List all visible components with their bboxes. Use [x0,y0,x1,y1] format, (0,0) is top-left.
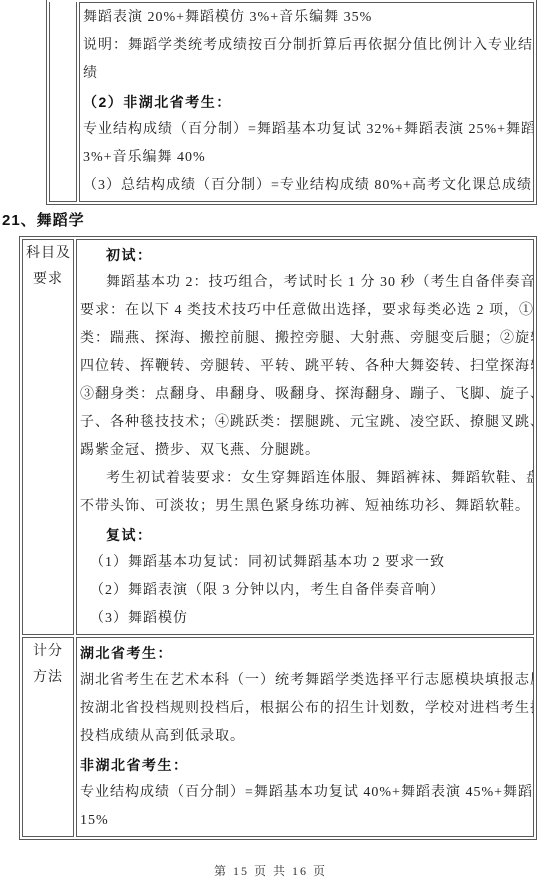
table-row-scoring-method: 计分方法 湖北省考生：湖北省考生在艺术本科（一）统考舞蹈学类选择平行志愿模块填报… [22,637,534,837]
text-line: 湖北省考生在艺术本科（一）统考舞蹈学类选择平行志愿模块填报志愿， [80,667,530,695]
text-line: 踢紫金冠、攒步、双飞燕、分腿跳。 [80,437,530,465]
label-line: 计分 [26,639,70,665]
text-line: （3）总结构成绩（百分制）=专业结构成绩 80%+高考文化课总成绩 20% [83,172,530,200]
label-line: 科目及 [26,241,70,267]
text-line: 专业结构成绩（百分制）=舞蹈基本功复试 32%+舞蹈表演 25%+舞蹈模仿 [83,116,530,144]
text-line: 不带头饰、可淡妆；男生黑色紧身练功裤、短袖练功衫、舞蹈软鞋。 [80,493,530,521]
table-row-subjects: 科目及要求 初试：舞蹈基本功 2：技巧组合，考试时长 1 分 30 秒（考生自备… [22,239,534,635]
continued-scoring-table: 舞蹈表演 20%+舞蹈模仿 3%+音乐编舞 35%说明：舞蹈学类统考成绩按百分制… [46,0,537,205]
text-line: （3）舞蹈模仿 [80,605,530,633]
text-line: 四位转、挥鞭转、旁腿转、平转、跳平转、各种大舞姿转、扫堂探海转； [80,353,530,381]
page-number-footer: 第 15 页 共 16 页 [0,862,541,879]
text-line: 类：踹燕、探海、搬控前腿、搬控旁腿、大射燕、旁腿变后腿；②旋转类： [80,325,530,353]
text-line: 初试： [80,241,530,269]
text-line: 湖北省考生： [80,639,530,667]
text-line: 按湖北省投档规则投档后，根据公布的招生计划数，学校对进档考生按照 [80,695,530,723]
section-heading: 21、舞蹈学 [2,211,541,231]
table-row: 舞蹈表演 20%+舞蹈模仿 3%+音乐编舞 35%说明：舞蹈学类统考成绩按百分制… [49,2,534,202]
text-line: 说明：舞蹈学类统考成绩按百分制折算后再依据分值比例计入专业结构成 [83,32,530,60]
text-line: （2）非湖北省考生： [83,88,530,116]
text-line: 考生初试着装要求：女生穿舞蹈连体服、舞蹈裤袜、舞蹈软鞋、盘头、 [80,465,530,493]
empty-label-cell [49,2,77,202]
text-line: 绩 [83,60,530,88]
text-line: 要求：在以下 4 类技术技巧中任意做出选择，要求每类必选 2 项，①控制 [80,297,530,325]
text-line: 投档成绩从高到低录取。 [80,723,530,751]
label-line: 方法 [26,665,70,691]
subjects-requirements-label-cell: 科目及要求 [22,239,74,635]
text-line: 舞蹈表演 20%+舞蹈模仿 3%+音乐编舞 35% [83,4,530,32]
text-line: 复试： [80,521,530,549]
dance-studies-table: 科目及要求 初试：舞蹈基本功 2：技巧组合，考试时长 1 分 30 秒（考生自备… [19,236,537,840]
scoring-method-content-cell: 湖北省考生：湖北省考生在艺术本科（一）统考舞蹈学类选择平行志愿模块填报志愿，按湖… [76,637,534,837]
text-line: （1）舞蹈基本功复试：同初试舞蹈基本功 2 要求一致 [80,549,530,577]
scoring-rules-cell: 舞蹈表演 20%+舞蹈模仿 3%+音乐编舞 35%说明：舞蹈学类统考成绩按百分制… [79,2,534,202]
text-line: ③翻身类：点翻身、串翻身、吸翻身、探海翻身、蹦子、飞脚、旋子、蛮 [80,381,530,409]
text-line: 子、各种毯技技术；④跳跃类：摆腿跳、元宝跳、凌空跃、撩腿叉跳、倒 [80,409,530,437]
text-line: 专业结构成绩（百分制）=舞蹈基本功复试 40%+舞蹈表演 45%+舞蹈模仿 [80,779,530,807]
subjects-requirements-content-cell: 初试：舞蹈基本功 2：技巧组合，考试时长 1 分 30 秒（考生自备伴奏音响），… [76,239,534,635]
text-line: 3%+音乐编舞 40% [83,144,530,172]
text-line: 舞蹈基本功 2：技巧组合，考试时长 1 分 30 秒（考生自备伴奏音响）， [80,269,530,297]
label-line: 要求 [26,267,70,293]
scoring-method-label-cell: 计分方法 [22,637,74,837]
text-line: 非湖北省考生： [80,751,530,779]
text-line: 15% [80,807,530,835]
text-line: （2）舞蹈表演（限 3 分钟以内，考生自备伴奏音响） [80,577,530,605]
